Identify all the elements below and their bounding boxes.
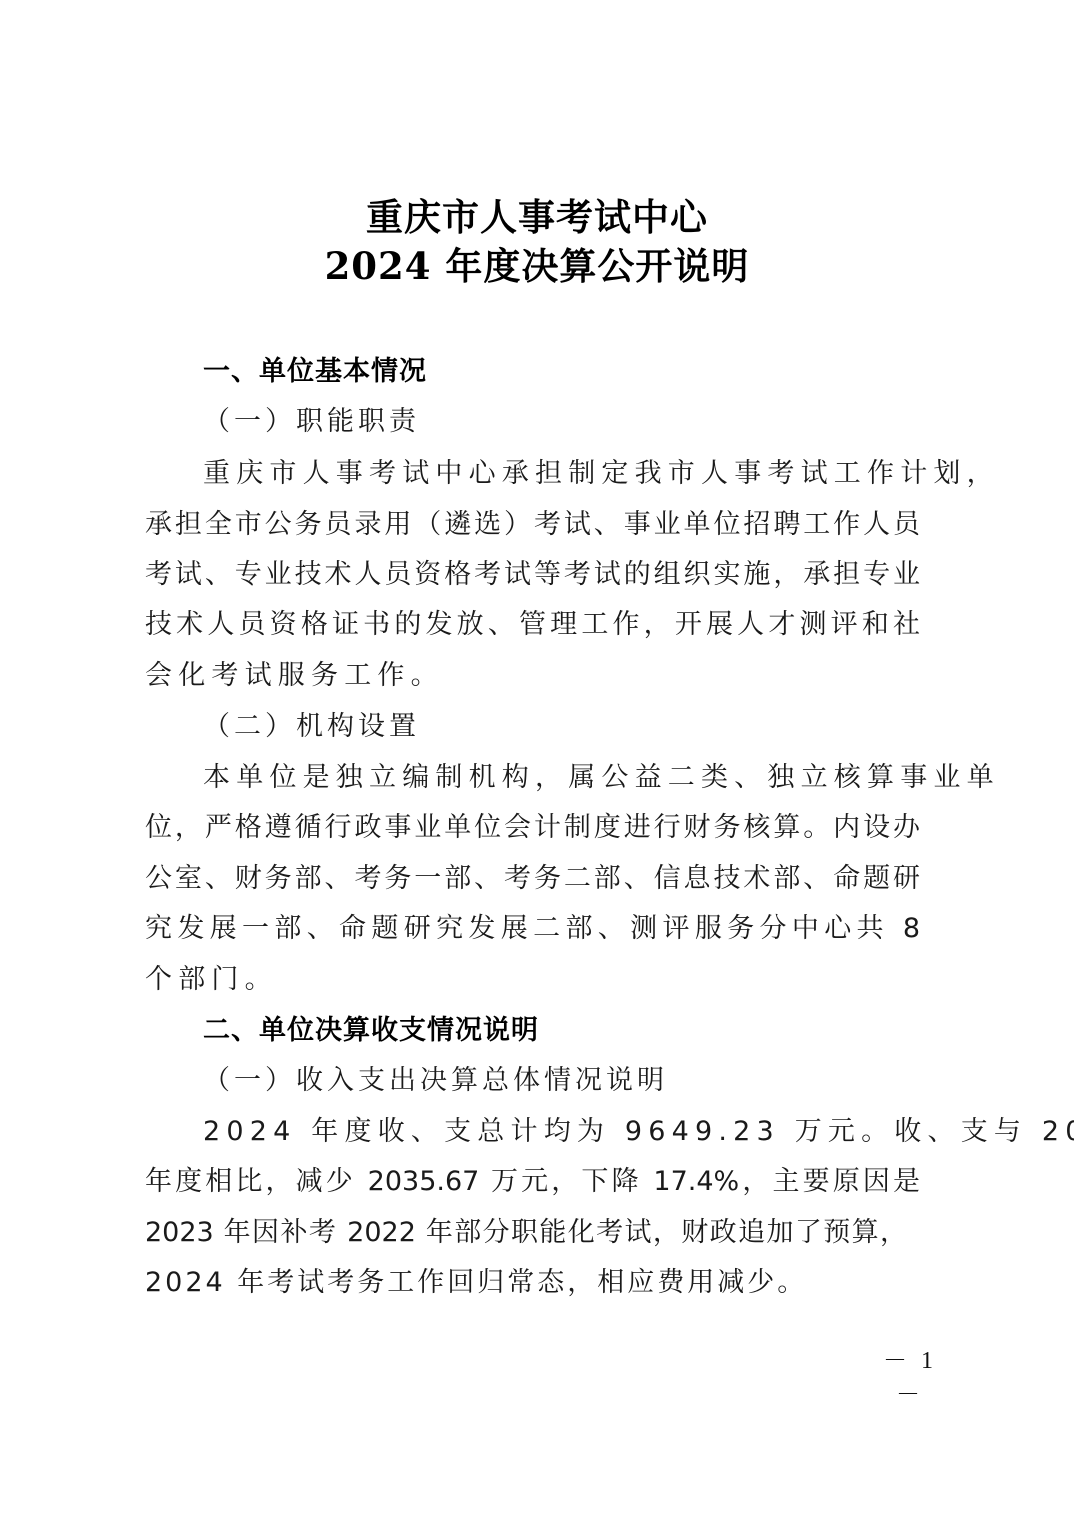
subsection-heading-1-2: （二）机构设置 (203, 707, 420, 747)
paragraph-line: 重庆市人事考试中心承担制定我市人事考试工作计划， (203, 454, 925, 494)
section-heading-2: 二、单位决算收支情况说明 (203, 1011, 539, 1051)
subsection-heading-2-1: （一）收入支出决算总体情况说明 (203, 1061, 668, 1101)
document-title-line-2: 2024 年度决算公开说明 (0, 244, 1074, 288)
paragraph-line: 考试、专业技术人员资格考试等考试的组织实施，承担专业 (145, 555, 920, 595)
page-number: － 1 － (870, 1344, 950, 1412)
paragraph-line: 年度相比，减少 2035.67 万元，下降 17.4%，主要原因是 (145, 1162, 920, 1202)
paragraph-line: 技术人员资格证书的发放、管理工作，开展人才测评和社 (145, 605, 920, 645)
paragraph-line: 本单位是独立编制机构，属公益二类、独立核算事业单 (203, 758, 920, 798)
paragraph-line: 个部门。 (145, 960, 925, 1000)
document-page: 重庆市人事考试中心 2024 年度决算公开说明 一、单位基本情况 （一）职能职责… (0, 0, 1074, 1520)
paragraph-line: 位，严格遵循行政事业单位会计制度进行财务核算。内设办 (145, 808, 920, 848)
paragraph-line: 2024 年考试考务工作回归常态，相应费用减少。 (145, 1263, 925, 1303)
subsection-heading-1-1: （一）职能职责 (203, 402, 420, 442)
section-heading-1: 一、单位基本情况 (203, 352, 427, 392)
paragraph-line: 公室、财务部、考务一部、考务二部、信息技术部、命题研 (145, 859, 920, 899)
paragraph-line: 2023 年因补考 2022 年部分职能化考试，财政追加了预算， (145, 1213, 907, 1253)
paragraph-line: 会化考试服务工作。 (145, 656, 925, 696)
paragraph-line: 承担全市公务员录用（遴选）考试、事业单位招聘工作人员 (145, 505, 920, 545)
paragraph-line: 2024 年度收、支总计均为 9649.23 万元。收、支与 2023 (203, 1112, 920, 1152)
document-title-line-1: 重庆市人事考试中心 (0, 195, 1074, 239)
paragraph-line: 究发展一部、命题研究发展二部、测评服务分中心共 8 (145, 909, 920, 949)
